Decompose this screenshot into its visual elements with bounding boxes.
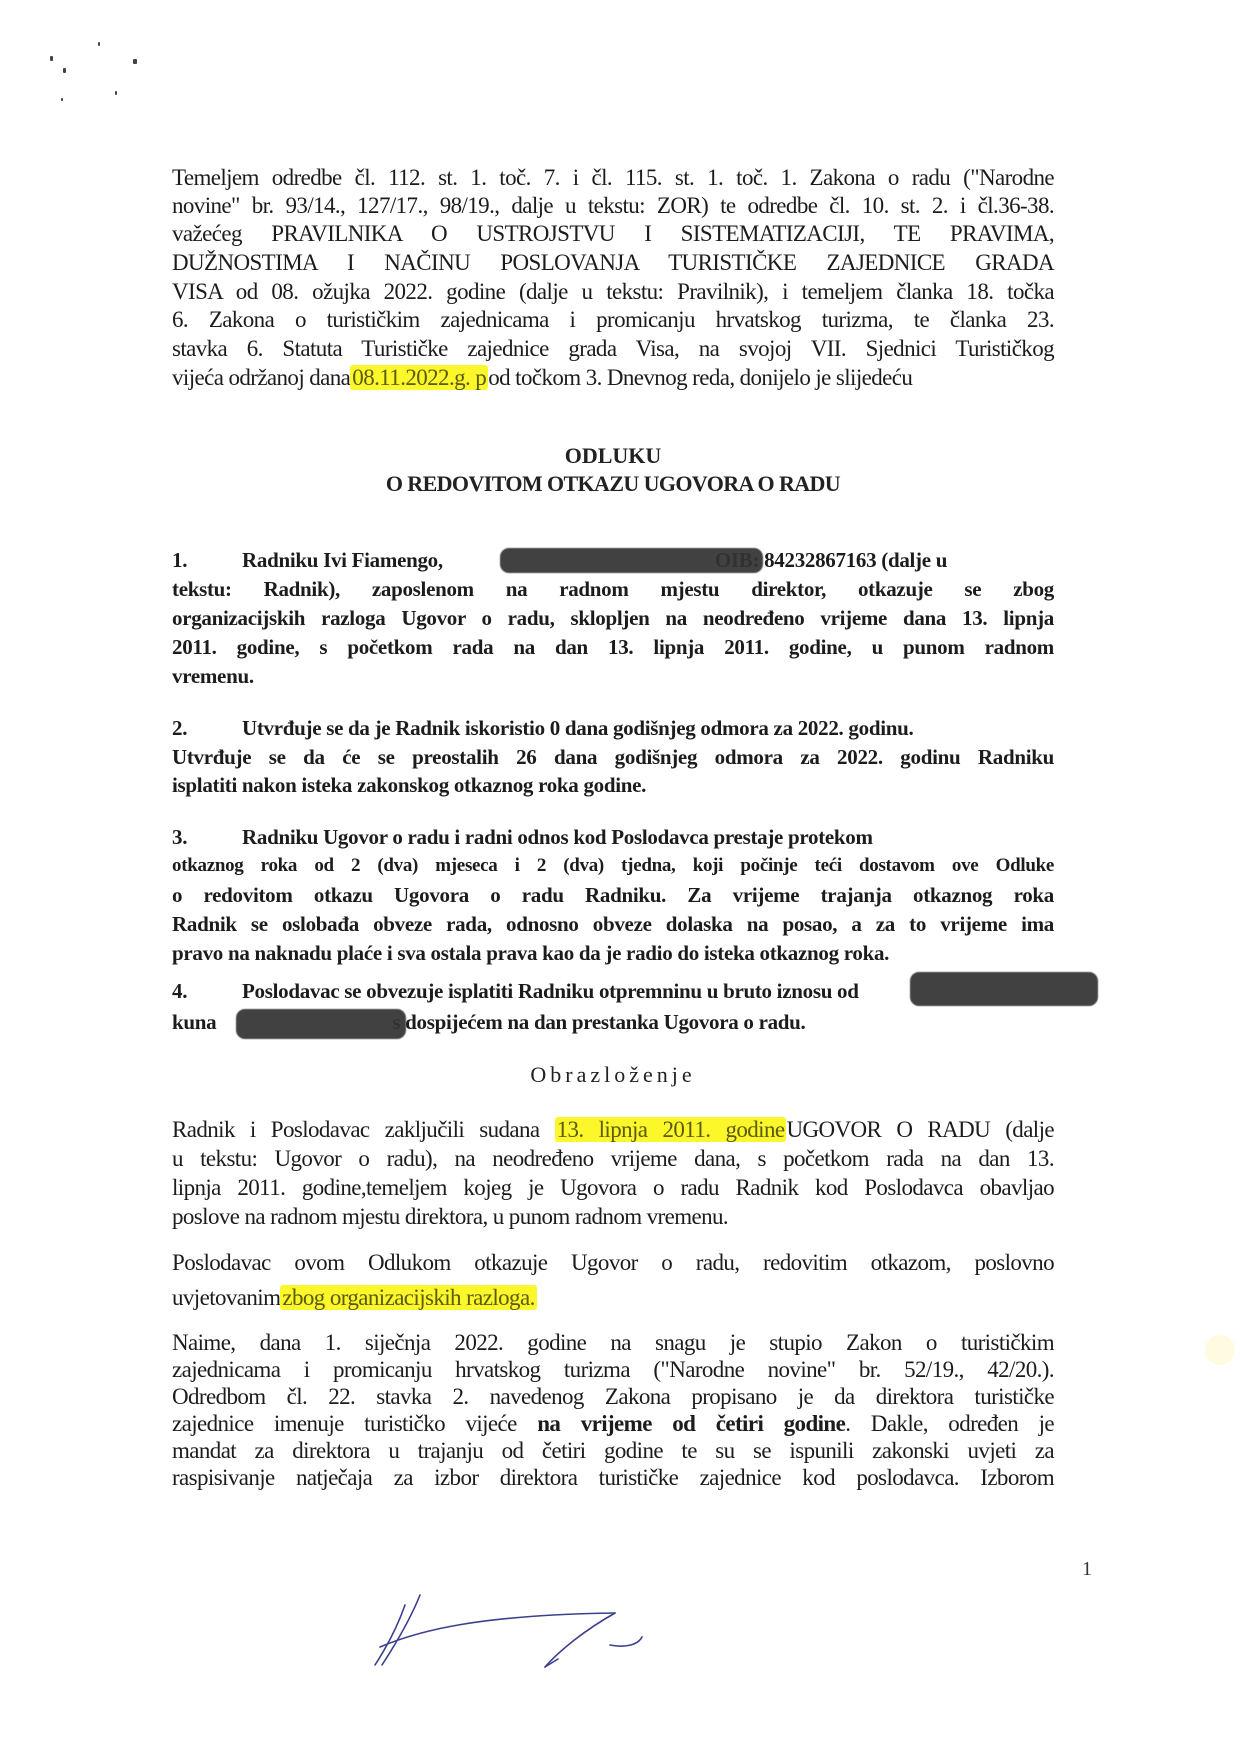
text-line: raspisivanje natječaja za izbor direktor…	[172, 1464, 1054, 1492]
text-line: važećeg PRAVILNIKA O USTROJSTVU I SISTEM…	[172, 220, 1054, 248]
redaction-amount	[910, 972, 1098, 1006]
text-segment: Utvrđuje se da je Radnik iskoristio 0 da…	[242, 716, 913, 740]
text-line: Poslodavac ovom Odlukom otkazuje Ugovor …	[172, 1249, 1054, 1277]
text-line: vijeća održanoj dana08.11.2022.g. pod to…	[172, 364, 1054, 392]
text-line: poslove na radnom mjestu direktora, u pu…	[172, 1203, 1054, 1231]
text-line: 2011. godine, s početkom rada na dan 13.…	[172, 633, 1054, 661]
text-line: Odredbom čl. 22. stavka 2. navedenog Zak…	[172, 1383, 1054, 1411]
text-line: stavka 6. Statuta Turističke zajednice g…	[172, 335, 1054, 363]
text-segment: . Dakle, određen je	[845, 1411, 1054, 1436]
text-segment: Radnik i Poslodavac zaključili sudana	[172, 1117, 540, 1142]
text-segment: uvjetovanim	[172, 1285, 280, 1310]
document-page: Temeljem odredbe čl. 112. st. 1. toč. 7.…	[0, 0, 1240, 1754]
text-segment: Radniku Ugovor o radu i radni odnos kod …	[242, 825, 873, 849]
text-line: Temeljem odredbe čl. 112. st. 1. toč. 7.…	[172, 164, 1054, 192]
scan-speck	[61, 98, 63, 101]
text-line: 6. Zakona o turističkim zajednicama i pr…	[172, 306, 1054, 334]
text-line: vremenu.	[172, 662, 1054, 690]
text-line: zajednicama i promicanju hrvatskog turiz…	[172, 1356, 1054, 1384]
page-number: 1	[1082, 1558, 1092, 1581]
scan-speck	[98, 42, 100, 46]
text-line: Radnik i Poslodavac zaključili sudana 13…	[172, 1116, 1054, 1144]
point-number: 4.	[172, 977, 242, 1005]
text-line: Naime, dana 1. siječnja 2022. godine na …	[172, 1329, 1054, 1357]
text-line: Radnik se oslobađa obveze rada, odnosno …	[172, 910, 1054, 938]
scan-speck	[63, 68, 66, 73]
text-line: mandat za direktora u trajanju od četiri…	[172, 1437, 1054, 1465]
scan-speck	[115, 91, 117, 95]
text-line: 3.Radniku Ugovor o radu i radni odnos ko…	[172, 823, 1054, 851]
section-heading: Obrazloženje	[172, 1062, 1054, 1088]
document-title: ODLUKU	[172, 443, 1054, 469]
point-number: 2.	[172, 714, 242, 742]
text-line: novine" br. 93/14., 127/17., 98/19., dal…	[172, 192, 1054, 220]
text-line: tekstu: Radnik), zaposlenom na radnom mj…	[172, 575, 1054, 603]
scan-smudge	[1205, 1335, 1235, 1365]
signature-icon	[360, 1585, 680, 1675]
text-segment: s dospijećem na dan prestanka Ugovora o …	[392, 1010, 805, 1034]
text-line: pravo na naknadu plaće i sva ostala prav…	[172, 939, 1054, 967]
text-segment: od točkom 3. Dnevnog reda, donijelo je s…	[488, 365, 912, 390]
bold-text: na vrijeme od četiri godine	[537, 1411, 845, 1436]
highlighted-reason: zbog organizacijskih razloga.	[280, 1285, 536, 1310]
text-line: uvjetovanimzbog organizacijskih razloga.	[172, 1284, 1054, 1312]
text-segment: vijeća održanoj dana	[172, 365, 350, 390]
text-line: Utvrđuje se da će se preostalih 26 dana …	[172, 743, 1054, 771]
text-segment: Poslodavac se obvezuje isplatiti Radniku…	[242, 979, 859, 1003]
text-line: VISA od 08. ožujka 2022. godine (dalje u…	[172, 278, 1054, 306]
text-line: otkaznog roka od 2 (dva) mjeseca i 2 (dv…	[172, 852, 1054, 880]
redaction-address	[500, 548, 763, 573]
text-line: isplatiti nakon isteka zakonskog otkazno…	[172, 771, 1054, 799]
text-line: o redovitom otkazu Ugovora o radu Radnik…	[172, 881, 1054, 909]
text-segment: zajednice imenuje turističko vijeće	[172, 1411, 517, 1436]
redaction-amount-words	[236, 1009, 406, 1039]
document-subtitle: O REDOVITOM OTKAZU UGOVORA O RADU	[172, 471, 1054, 497]
text-line: zajednice imenuje turističko vijeće na v…	[172, 1410, 1054, 1438]
text-line: organizacijskih razloga Ugovor o radu, s…	[172, 604, 1054, 632]
text-line: DUŽNOSTIMA I NAČINU POSLOVANJA TURISTIČK…	[172, 249, 1054, 277]
highlighted-date: 13. lipnja 2011. godine	[555, 1117, 787, 1142]
point-number: 1.	[172, 546, 242, 574]
text-line: lipnja 2011. godine,temeljem kojeg je Ug…	[172, 1174, 1054, 1202]
text-segment: kuna	[172, 1010, 216, 1034]
text-line: u tekstu: Ugovor o radu), na neodređeno …	[172, 1145, 1054, 1173]
text-line: 2.Utvrđuje se da je Radnik iskoristio 0 …	[172, 714, 1054, 742]
text-segment: UGOVOR O RADU (dalje	[786, 1117, 1054, 1142]
highlighted-date: 08.11.2022.g. p	[350, 365, 488, 390]
scan-speck	[133, 59, 137, 64]
text-segment: Radniku Ivi Fiamengo,	[242, 548, 443, 572]
point-number: 3.	[172, 823, 242, 851]
scan-speck	[50, 56, 53, 61]
